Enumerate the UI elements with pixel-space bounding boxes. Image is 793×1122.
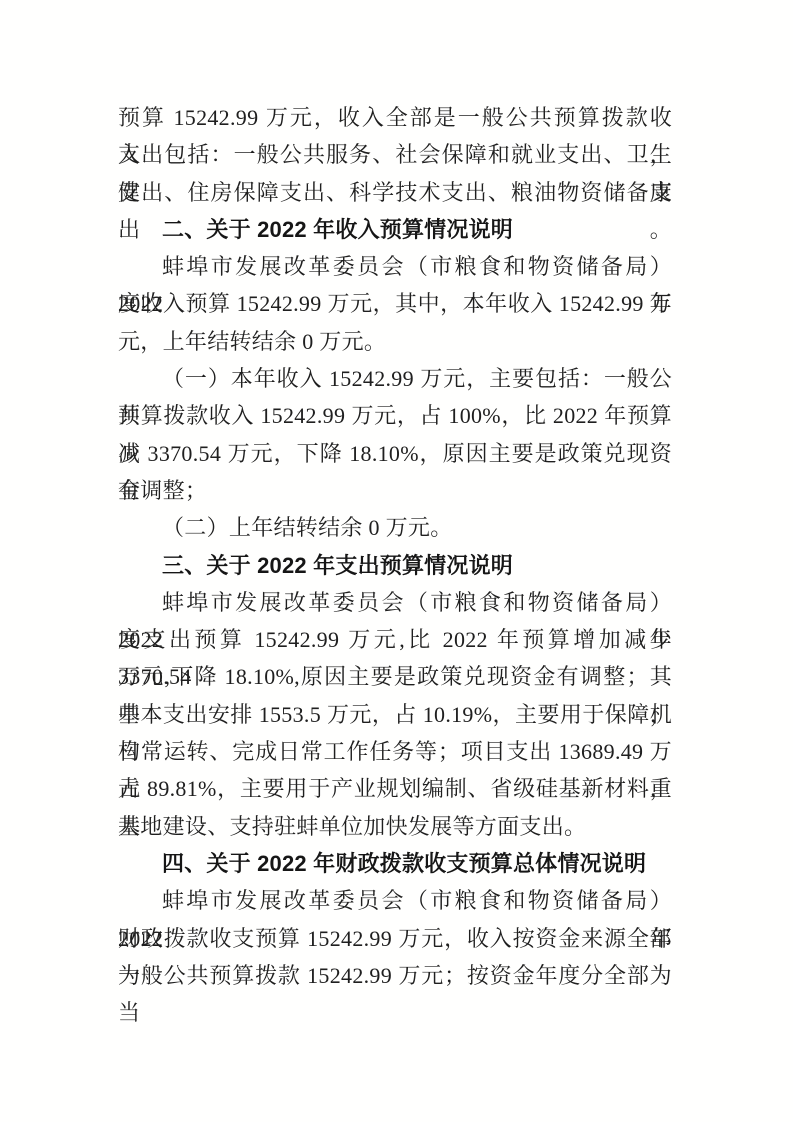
section-heading-fiscal-appropriation: 四、关于 2022 年财政拨款收支预算总体情况说明 [118, 845, 672, 882]
text-line: 支出包括：一般公共服务、社会保障和就业支出、卫生健康 [118, 136, 672, 173]
text-line: 蚌埠市发展改革委员会（市粮食和物资储备局）2022 年 [118, 882, 672, 919]
text-line: 少 3370.54 万元，下降 18.10%，原因主要是政策兑现资金 [118, 435, 672, 472]
text-line: 蚌埠市发展改革委员会（市粮食和物资储备局）2022 年 [118, 248, 672, 285]
text-line: 预算拨款收入 15242.99 万元，占 100%，比 2022 年预算减 [118, 397, 672, 434]
text-line: 日常运转、完成日常工作任务等；项目支出 13689.49 万元， [118, 733, 672, 770]
text-line: 预算 15242.99 万元，收入全部是一般公共预算拨款收入， [118, 99, 672, 136]
text-line: 财政拨款收支预算 15242.99 万元，收入按资金来源全部为 [118, 920, 672, 957]
text-line: 基本支出安排 1553.5 万元，占 10.19%，主要用于保障机构 [118, 696, 672, 733]
text-line: 占 89.81%，主要用于产业规划编制、省级硅基新材料重大 [118, 770, 672, 807]
text-line: 度支出预算 15242.99 万元,比 2022 年预算增加减少 3370.54 [118, 621, 672, 658]
text-line: （二）上年结转结余 0 万元。 [118, 509, 672, 546]
text-line: 有调整； [118, 472, 672, 509]
text-line: 万元,下降 18.10%,原因主要是政策兑现资金有调整；其中， [118, 658, 672, 695]
text-line: 蚌埠市发展改革委员会（市粮食和物资储备局）2022 年 [118, 584, 672, 621]
text-line: （一）本年收入 15242.99 万元，主要包括：一般公共 [118, 360, 672, 397]
document-text-block: 预算 15242.99 万元，收入全部是一般公共预算拨款收入， 支出包括：一般公… [118, 99, 672, 994]
section-heading-expenditure: 三、关于 2022 年支出预算情况说明 [118, 547, 672, 584]
text-line: 度收入预算 15242.99 万元，其中，本年收入 15242.99 万 [118, 285, 672, 322]
text-line: 一般公共预算拨款 15242.99 万元；按资金年度分全部为当 [118, 957, 672, 994]
text-line: 基地建设、支持驻蚌单位加快发展等方面支出。 [118, 808, 672, 845]
document-page: 预算 15242.99 万元，收入全部是一般公共预算拨款收入， 支出包括：一般公… [0, 0, 793, 1122]
text-line: 元，上年结转结余 0 万元。 [118, 323, 672, 360]
text-line: 支出、住房保障支出、科学技术支出、粮油物资储备支出。 [118, 174, 672, 211]
